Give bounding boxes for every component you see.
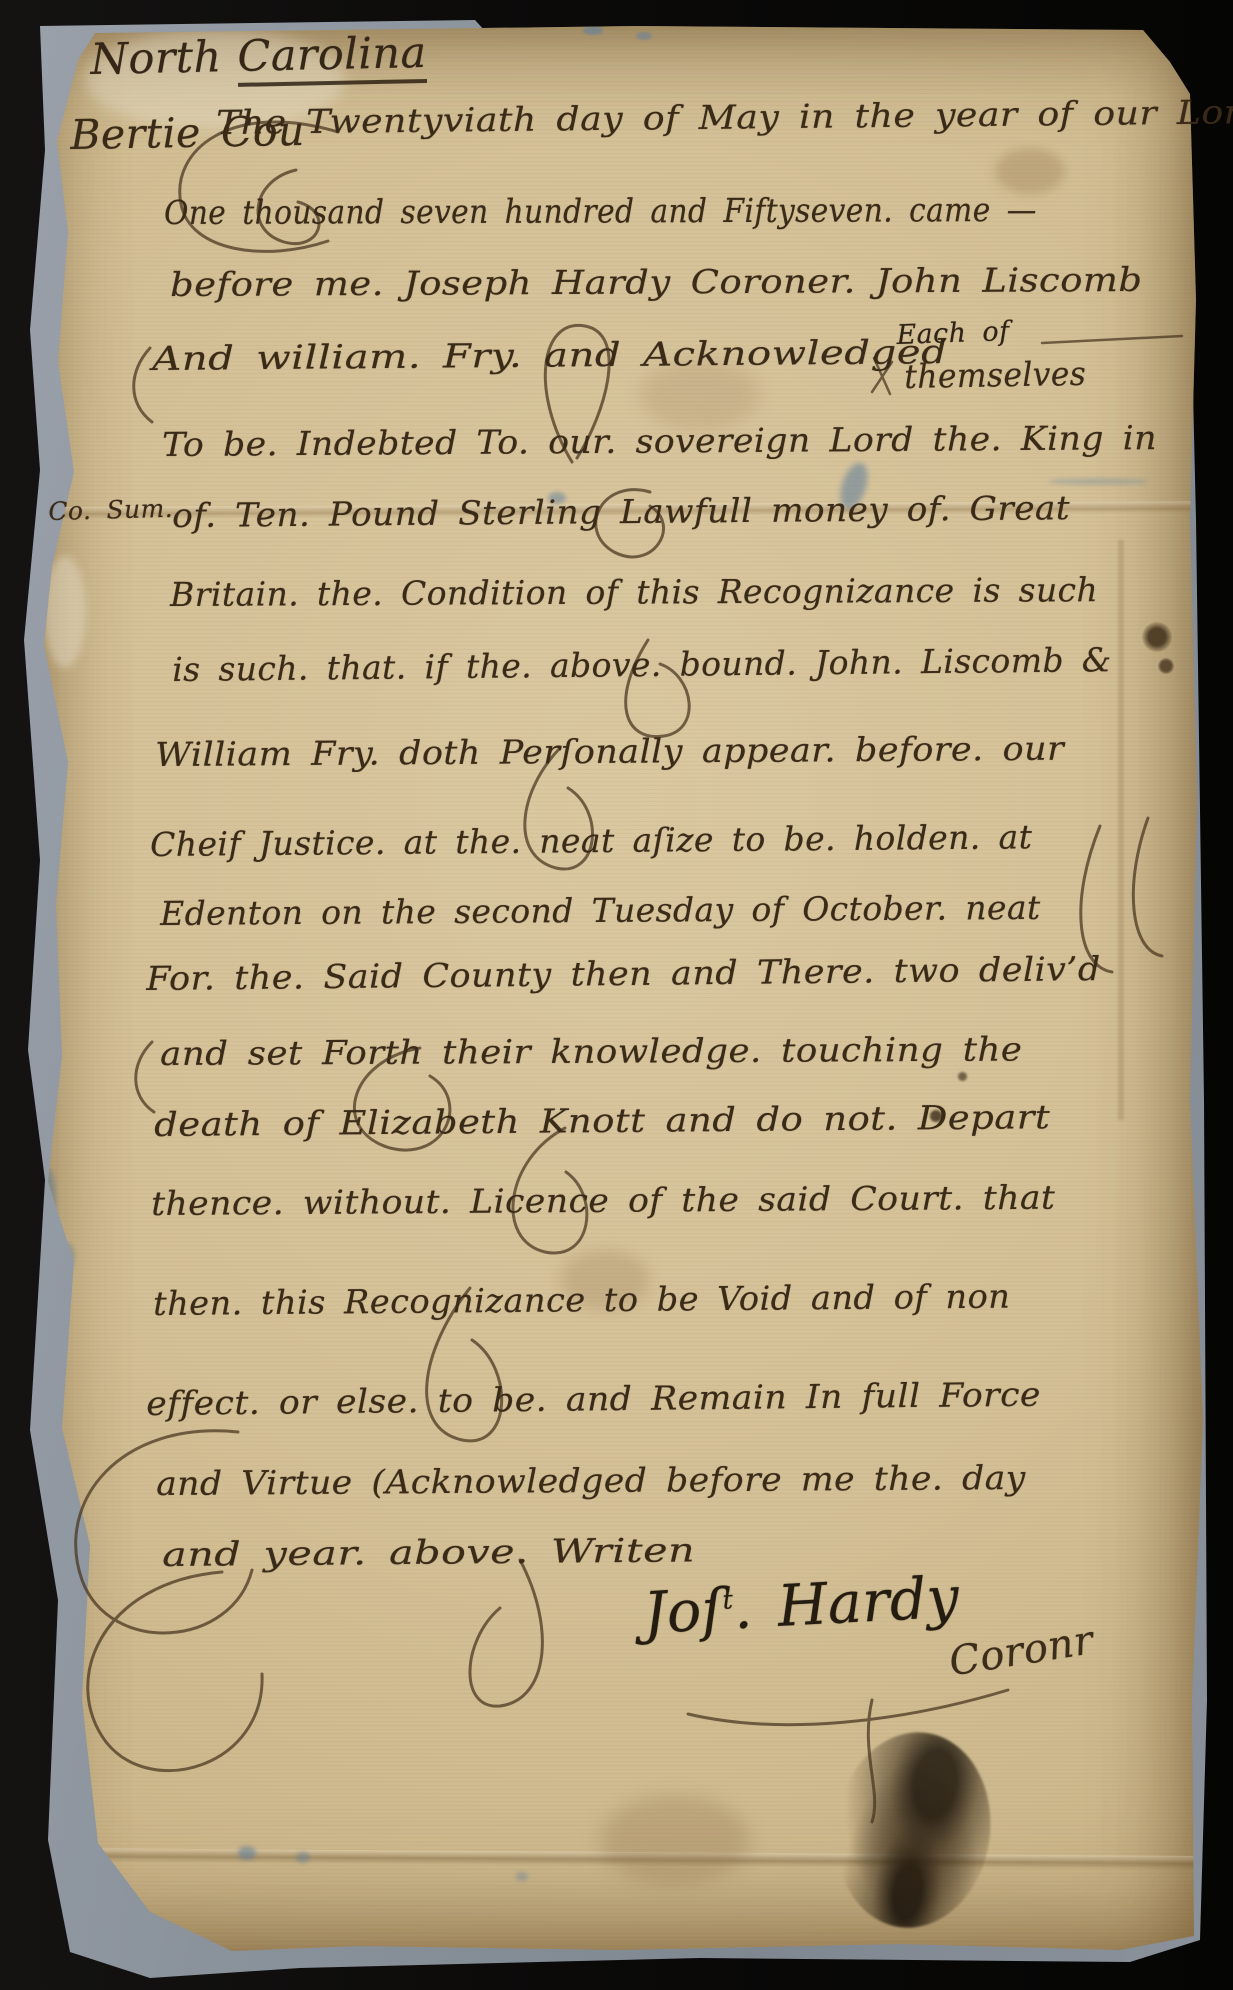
manuscript-line: and year. above. Writen xyxy=(162,1531,695,1574)
signature-name: . Hardy xyxy=(732,1564,961,1642)
ink-spot xyxy=(958,1072,967,1081)
manuscript-line: Britain. the. Condition of this Recogniz… xyxy=(170,571,1098,614)
signature-name: Joſ xyxy=(642,1577,725,1647)
manuscript-line: William Fry. doth Perſonally appear. bef… xyxy=(155,730,1064,774)
blue-smudge xyxy=(296,1852,310,1863)
manuscript-line: and set Forth their knowledge. touching … xyxy=(160,1030,1022,1072)
fold-crease xyxy=(1118,540,1124,1120)
manuscript-line: And william. Fry. and Acknowledged xyxy=(152,333,948,378)
manuscript-line: death of Elizabeth Knott and do not. Dep… xyxy=(154,1098,1050,1144)
manuscript-line: and Virtue (Acknowledged before me the. … xyxy=(156,1459,1026,1503)
scan-backdrop: NorthCarolina Bertie Cou The Twentyviath… xyxy=(0,0,1233,1990)
heading-word: North xyxy=(90,32,222,85)
heading-word-underlined: Carolina xyxy=(237,28,427,87)
ink-spot xyxy=(1142,622,1172,652)
blue-smudge xyxy=(238,1846,256,1860)
blue-smudge xyxy=(636,32,652,40)
manuscript-line: thence. without. Licence of the said Cou… xyxy=(151,1179,1055,1223)
stain xyxy=(600,1795,750,1885)
manuscript-line: Edenton on the second Tuesday of October… xyxy=(160,889,1041,933)
document-heading: NorthCarolina xyxy=(90,29,427,85)
manuscript-line: then. this Recognizance to be Void and o… xyxy=(153,1278,1010,1323)
stain xyxy=(995,148,1065,194)
margin-note: Co. Sum. xyxy=(48,495,173,527)
manuscript-line: One thousand seven hundred and Fiftyseve… xyxy=(164,191,1037,232)
manuscript-line: To be. Indebted To. our. sovereign Lord … xyxy=(162,419,1157,464)
blue-smudge xyxy=(516,1872,528,1881)
manuscript-line: Cheif Justice. at the. neat aſize to be.… xyxy=(150,818,1032,864)
manuscript-line: of. Ten. Pound Sterling Lawfull money of… xyxy=(172,489,1070,535)
manuscript-line: before me. Joseph Hardy Coroner. John Li… xyxy=(170,261,1143,304)
ink-spot xyxy=(1158,658,1174,674)
blue-smudge xyxy=(1048,478,1148,485)
blue-smudge xyxy=(583,26,603,35)
interline-insertion: Each of xyxy=(896,316,1010,351)
manuscript-line: themselves xyxy=(904,355,1087,396)
